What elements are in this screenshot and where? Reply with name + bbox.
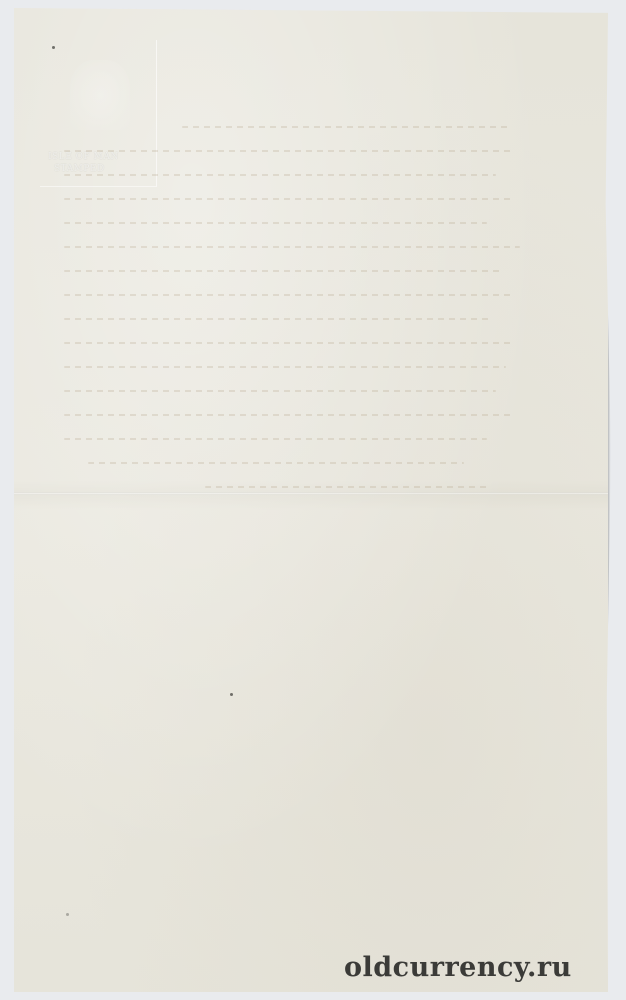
- ink-speck: [52, 46, 55, 49]
- handwriting-line: [64, 198, 515, 200]
- handwriting-line: [64, 366, 506, 368]
- handwriting-line: [64, 294, 511, 296]
- handwriting-line: [205, 486, 487, 488]
- ink-speck: [66, 913, 69, 916]
- handwriting-line: [182, 126, 511, 128]
- horizontal-fold-crease: [14, 492, 608, 495]
- handwriting-line: [64, 246, 520, 248]
- handwriting-line: [88, 462, 464, 464]
- handwriting-line: [64, 390, 496, 392]
- stamp-crest-icon: [70, 60, 130, 130]
- handwriting-line: [64, 318, 492, 320]
- handwriting-line: [64, 174, 496, 176]
- handwriting-line: [64, 342, 515, 344]
- show-through-handwriting: [64, 126, 534, 510]
- handwriting-line: [64, 270, 501, 272]
- handwriting-line: [64, 222, 487, 224]
- handwriting-line: [64, 414, 511, 416]
- handwriting-line: [64, 150, 511, 152]
- document-paper: ISLE OF MAN STAMPED: [14, 8, 608, 992]
- handwriting-line: [64, 438, 487, 440]
- watermark-text: oldcurrency.ru: [344, 952, 572, 983]
- ink-speck: [230, 693, 233, 696]
